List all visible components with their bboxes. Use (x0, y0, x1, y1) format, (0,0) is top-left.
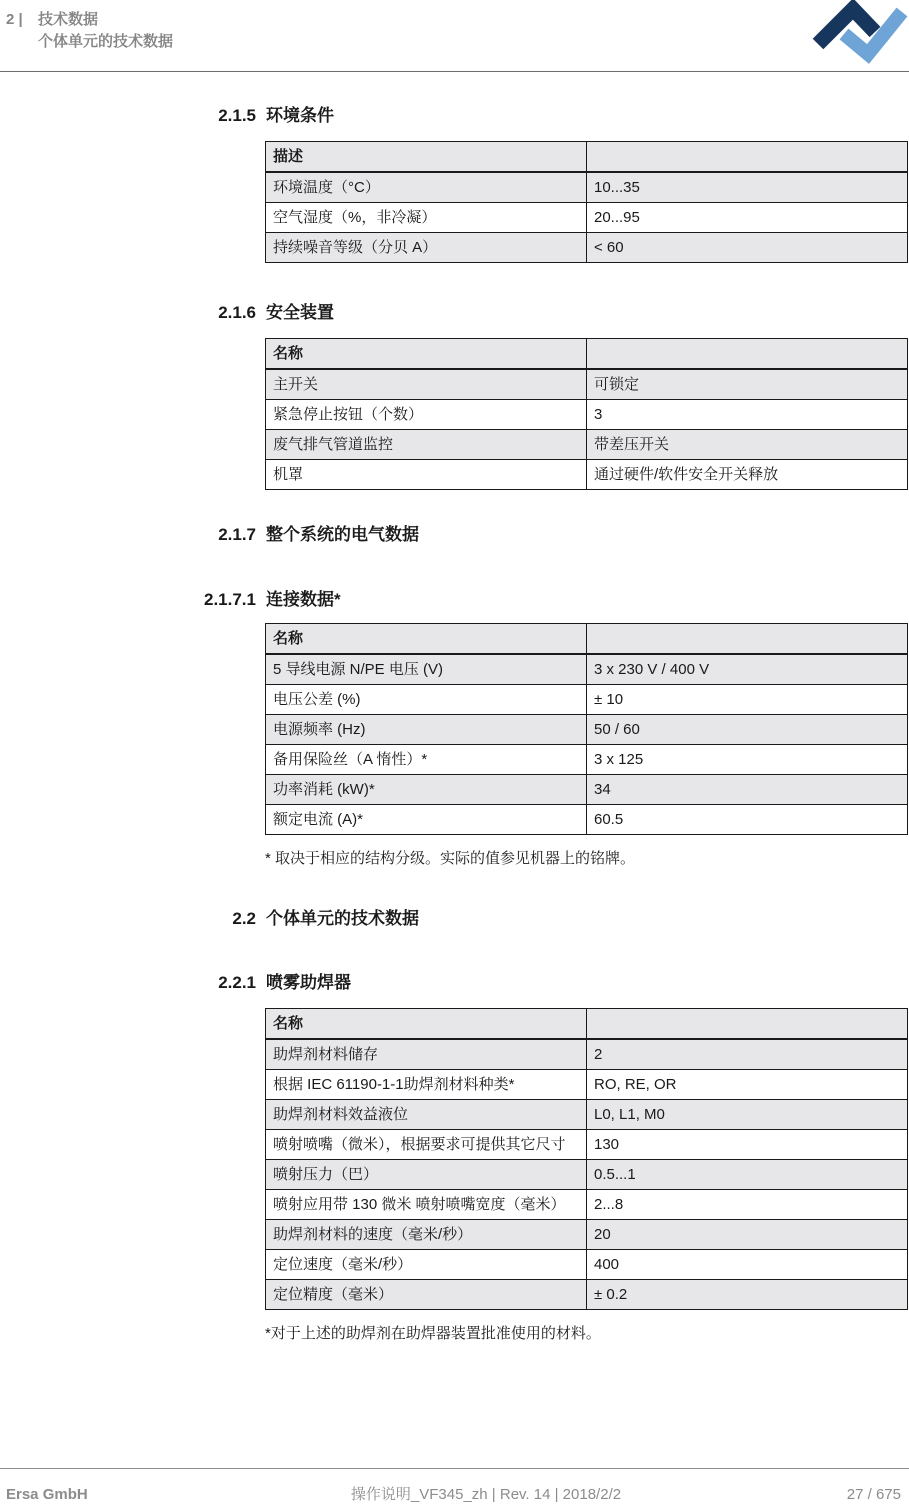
row-label: 备用保险丝（A 惰性）* (266, 745, 587, 775)
row-label: 紧急停止按钮（个数） (266, 400, 587, 430)
section-number: 2.2.1 (0, 972, 256, 993)
row-value: 通过硬件/软件安全开关释放 (587, 460, 908, 490)
row-label: 助焊剂材料的速度（毫米/秒） (266, 1220, 587, 1250)
section-title: 连接数据* (266, 589, 341, 610)
row-label: 环境温度（°C） (266, 172, 587, 203)
page-header: 2 | 技术数据 个体单元的技术数据 (0, 0, 909, 72)
table-row: 备用保险丝（A 惰性）*3 x 125 (266, 745, 908, 775)
table-row: 5 导线电源 N/PE 电压 (V)3 x 230 V / 400 V (266, 654, 908, 685)
footnote-spray-fluxer: *对于上述的助焊剂在助焊器装置批准使用的材料。 (265, 1324, 909, 1344)
table-environment-conditions: 描述 环境温度（°C）10...35 空气湿度（%，非冷凝）20...95 持续… (265, 141, 908, 263)
section-heading-2-1-7-1: 2.1.7.1 连接数据* (0, 589, 909, 610)
table-header-row: 名称 (266, 624, 908, 655)
table-header-row: 描述 (266, 142, 908, 173)
row-label: 喷射应用带 130 微米 喷射喷嘴宽度（毫米） (266, 1190, 587, 1220)
ersa-logo-icon (812, 2, 905, 64)
section-heading-2-1-6: 2.1.6 安全装置 (0, 302, 909, 323)
table-row: 紧急停止按钮（个数）3 (266, 400, 908, 430)
footnote-connection-data: * 取决于相应的结构分级。实际的值参见机器上的铭牌。 (265, 849, 909, 869)
table-header-cell: 名称 (266, 339, 587, 370)
row-value: 3 x 230 V / 400 V (587, 654, 908, 685)
row-label: 助焊剂材料效益液位 (266, 1100, 587, 1130)
footer-document-info: 操作说明_VF345_zh | Rev. 14 | 2018/2/2 (271, 1483, 701, 1504)
section-title: 个体单元的技术数据 (266, 908, 419, 929)
table-safety-devices: 名称 主开关可锁定 紧急停止按钮（个数）3 废气排气管道监控带差压开关 机罩通过… (265, 338, 908, 490)
row-value: ± 10 (587, 685, 908, 715)
section-number: 2.1.6 (0, 302, 256, 323)
row-label: 5 导线电源 N/PE 电压 (V) (266, 654, 587, 685)
table-row: 定位速度（毫米/秒）400 (266, 1250, 908, 1280)
section-title: 安全装置 (266, 302, 334, 323)
section-heading-2-1-5: 2.1.5 环境条件 (0, 105, 909, 126)
row-value: RO, RE, OR (587, 1070, 908, 1100)
table-row: 喷射压力（巴）0.5...1 (266, 1160, 908, 1190)
running-header: 2 | 技术数据 个体单元的技术数据 (0, 0, 909, 53)
footer-page-number: 27 / 675 (701, 1486, 901, 1503)
row-label: 定位速度（毫米/秒） (266, 1250, 587, 1280)
footer-company: Ersa GmbH (6, 1486, 271, 1503)
table-row: 电压公差 (%)± 10 (266, 685, 908, 715)
table-row: 助焊剂材料储存2 (266, 1039, 908, 1070)
footer-row: Ersa GmbH 操作说明_VF345_zh | Rev. 14 | 2018… (0, 1469, 909, 1504)
document-page: { "header": { "chapter": "2 |", "line1":… (0, 0, 909, 1509)
row-value: 2...8 (587, 1190, 908, 1220)
table-row: 定位精度（毫米）± 0.2 (266, 1280, 908, 1310)
row-value: 可锁定 (587, 369, 908, 400)
chapter-title: 技术数据 (38, 9, 173, 31)
table-row: 额定电流 (A)*60.5 (266, 805, 908, 835)
row-value: ± 0.2 (587, 1280, 908, 1310)
section-number: 2.1.5 (0, 105, 256, 126)
table-header-cell: 描述 (266, 142, 587, 173)
row-label: 额定电流 (A)* (266, 805, 587, 835)
table-header-cell: 名称 (266, 624, 587, 655)
row-label: 主开关 (266, 369, 587, 400)
table-row: 持续噪音等级（分贝 A）< 60 (266, 233, 908, 263)
row-label: 定位精度（毫米） (266, 1280, 587, 1310)
table-header-cell-empty (587, 624, 908, 655)
row-value: 3 (587, 400, 908, 430)
row-value: 50 / 60 (587, 715, 908, 745)
row-label: 持续噪音等级（分贝 A） (266, 233, 587, 263)
row-label: 电压公差 (%) (266, 685, 587, 715)
section-number: 2.2 (0, 908, 256, 929)
row-value: 10...35 (587, 172, 908, 203)
row-value: 带差压开关 (587, 430, 908, 460)
table-row: 废气排气管道监控带差压开关 (266, 430, 908, 460)
row-label: 空气湿度（%，非冷凝） (266, 203, 587, 233)
table-row: 机罩通过硬件/软件安全开关释放 (266, 460, 908, 490)
section-title: 喷雾助焊器 (266, 972, 351, 993)
table-row: 电源频率 (Hz)50 / 60 (266, 715, 908, 745)
table-row: 助焊剂材料的速度（毫米/秒）20 (266, 1220, 908, 1250)
row-value: 60.5 (587, 805, 908, 835)
table-header-cell: 名称 (266, 1009, 587, 1040)
table-row: 根据 IEC 61190-1-1助焊剂材料种类*RO, RE, OR (266, 1070, 908, 1100)
table-header-row: 名称 (266, 339, 908, 370)
table-row: 喷射应用带 130 微米 喷射喷嘴宽度（毫米）2...8 (266, 1190, 908, 1220)
row-label: 电源频率 (Hz) (266, 715, 587, 745)
row-value: 0.5...1 (587, 1160, 908, 1190)
chapter-number: 2 | (6, 9, 38, 53)
section-heading-2-2-1: 2.2.1 喷雾助焊器 (0, 972, 909, 993)
row-value: 34 (587, 775, 908, 805)
row-value: 20...95 (587, 203, 908, 233)
row-label: 功率消耗 (kW)* (266, 775, 587, 805)
table-spray-fluxer: 名称 助焊剂材料储存2 根据 IEC 61190-1-1助焊剂材料种类*RO, … (265, 1008, 908, 1310)
section-heading-2-1-7: 2.1.7 整个系统的电气数据 (0, 524, 909, 545)
table-header-cell-empty (587, 1009, 908, 1040)
chapter-subtitle: 个体单元的技术数据 (38, 31, 173, 53)
section-heading-2-2: 2.2 个体单元的技术数据 (0, 908, 909, 929)
section-title: 环境条件 (266, 105, 334, 126)
table-connection-data: 名称 5 导线电源 N/PE 电压 (V)3 x 230 V / 400 V 电… (265, 623, 908, 835)
table-header-cell-empty (587, 142, 908, 173)
chapter-titles: 技术数据 个体单元的技术数据 (38, 9, 173, 53)
section-title: 整个系统的电气数据 (266, 524, 419, 545)
table-header-cell-empty (587, 339, 908, 370)
table-row: 助焊剂材料效益液位L0, L1, M0 (266, 1100, 908, 1130)
row-value: 3 x 125 (587, 745, 908, 775)
page-footer: Ersa GmbH 操作说明_VF345_zh | Rev. 14 | 2018… (0, 1468, 909, 1504)
table-header-row: 名称 (266, 1009, 908, 1040)
row-label: 废气排气管道监控 (266, 430, 587, 460)
section-number: 2.1.7.1 (0, 589, 256, 610)
row-value: 400 (587, 1250, 908, 1280)
row-label: 喷射压力（巴） (266, 1160, 587, 1190)
section-number: 2.1.7 (0, 524, 256, 545)
table-row: 功率消耗 (kW)*34 (266, 775, 908, 805)
row-value: < 60 (587, 233, 908, 263)
row-label: 喷射喷嘴（微米），根据要求可提供其它尺寸 (266, 1130, 587, 1160)
row-value: 130 (587, 1130, 908, 1160)
row-value: L0, L1, M0 (587, 1100, 908, 1130)
table-row: 环境温度（°C）10...35 (266, 172, 908, 203)
table-row: 喷射喷嘴（微米），根据要求可提供其它尺寸130 (266, 1130, 908, 1160)
row-label: 根据 IEC 61190-1-1助焊剂材料种类* (266, 1070, 587, 1100)
row-value: 2 (587, 1039, 908, 1070)
table-row: 主开关可锁定 (266, 369, 908, 400)
table-row: 空气湿度（%，非冷凝）20...95 (266, 203, 908, 233)
row-label: 助焊剂材料储存 (266, 1039, 587, 1070)
row-label: 机罩 (266, 460, 587, 490)
row-value: 20 (587, 1220, 908, 1250)
